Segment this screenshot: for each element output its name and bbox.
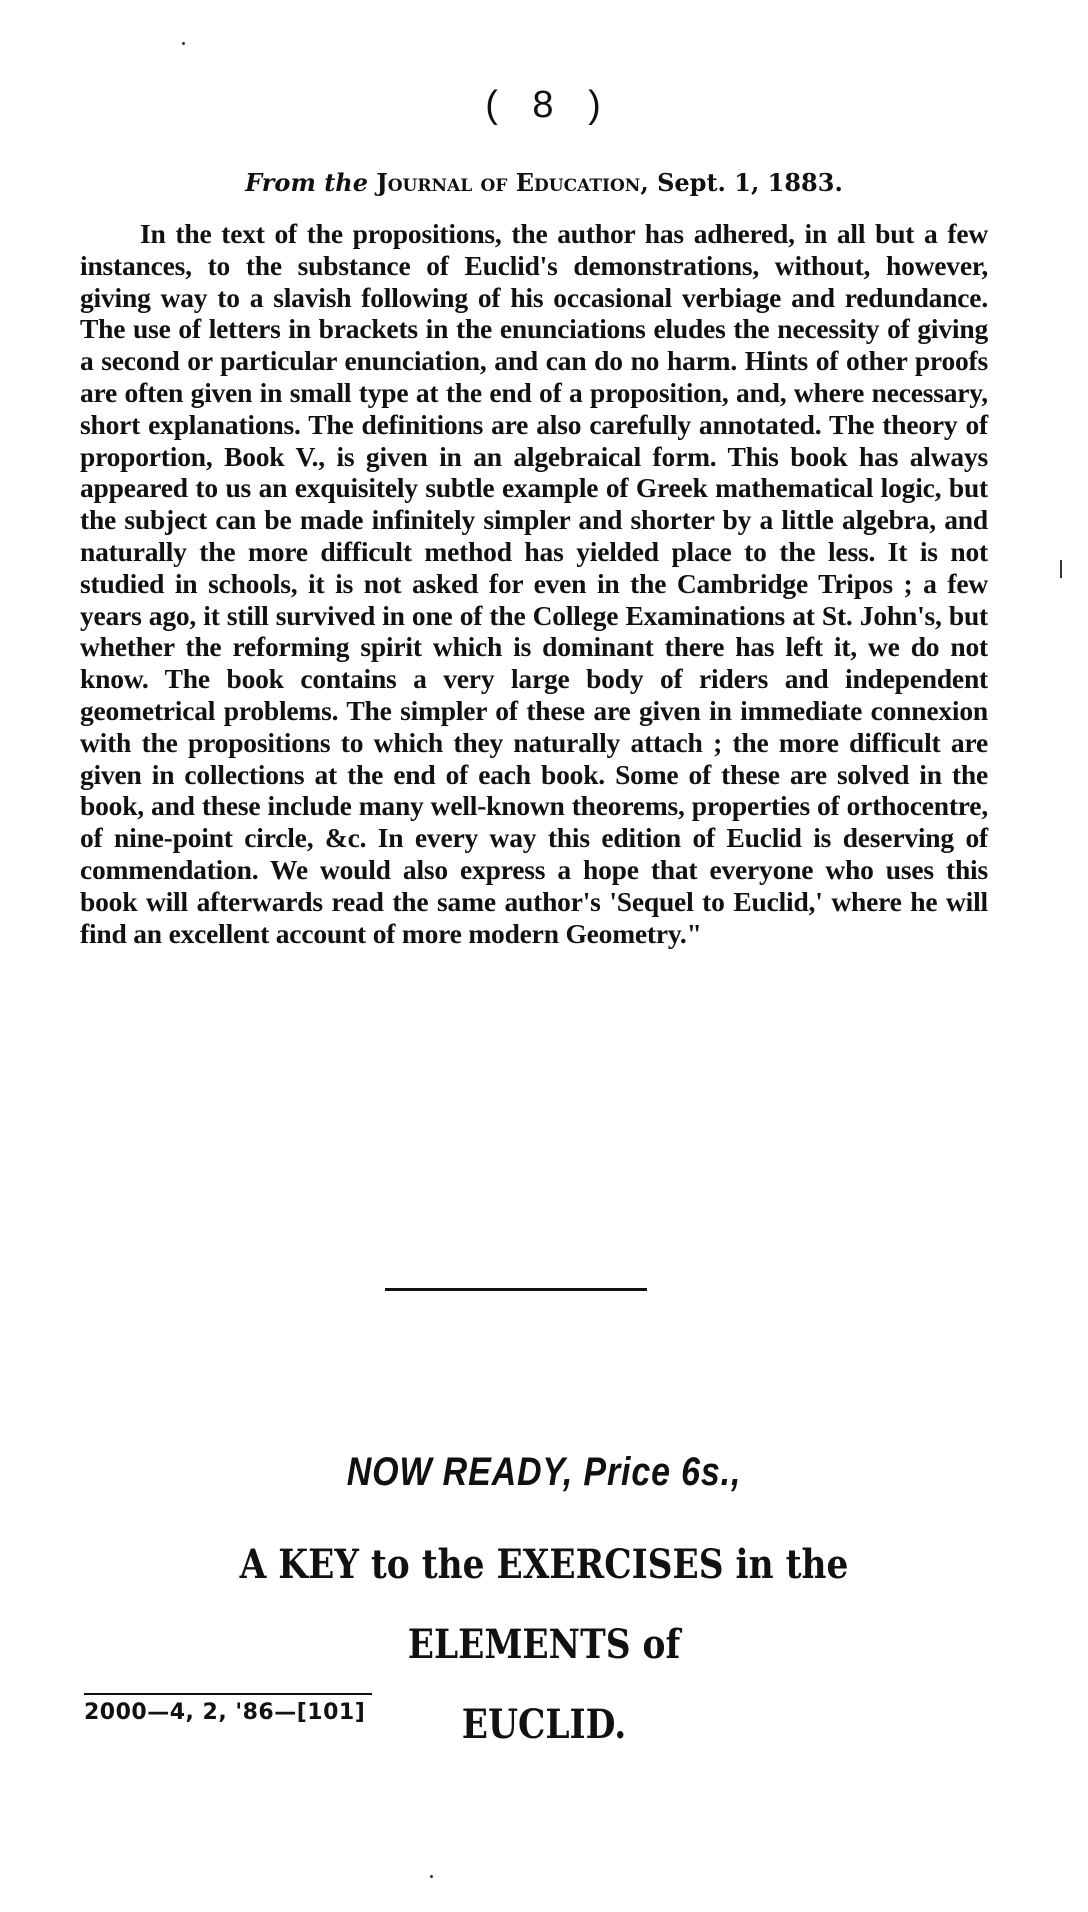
page-number: ( 8 ) <box>0 84 1088 127</box>
review-paragraph: In the text of the propositions, the aut… <box>80 218 988 949</box>
scan-mark <box>1060 560 1062 578</box>
advert-headline: NOW READY, Price 6s., <box>82 1450 1007 1495</box>
scan-speck <box>182 42 185 45</box>
section-divider <box>385 1288 647 1291</box>
printer-code: 2000—4, 2, '86—[101] <box>84 1700 365 1725</box>
advert-title: A KEY to the EXERCISES in the ELEMENTS o… <box>154 1525 935 1765</box>
source-citation: From the Journal of Education, Sept. 1, … <box>0 168 1088 197</box>
source-prefix: From the <box>245 168 368 197</box>
footer-divider <box>84 1693 372 1695</box>
source-date: , Sept. 1, 1883. <box>640 168 842 197</box>
source-publication: Journal of Education <box>376 168 640 197</box>
scan-speck <box>430 1875 433 1878</box>
advert-title-line-1: A KEY to the EXERCISES in the ELEMENTS o… <box>154 1525 935 1685</box>
advert-title-line-2: EUCLID. <box>154 1685 935 1765</box>
